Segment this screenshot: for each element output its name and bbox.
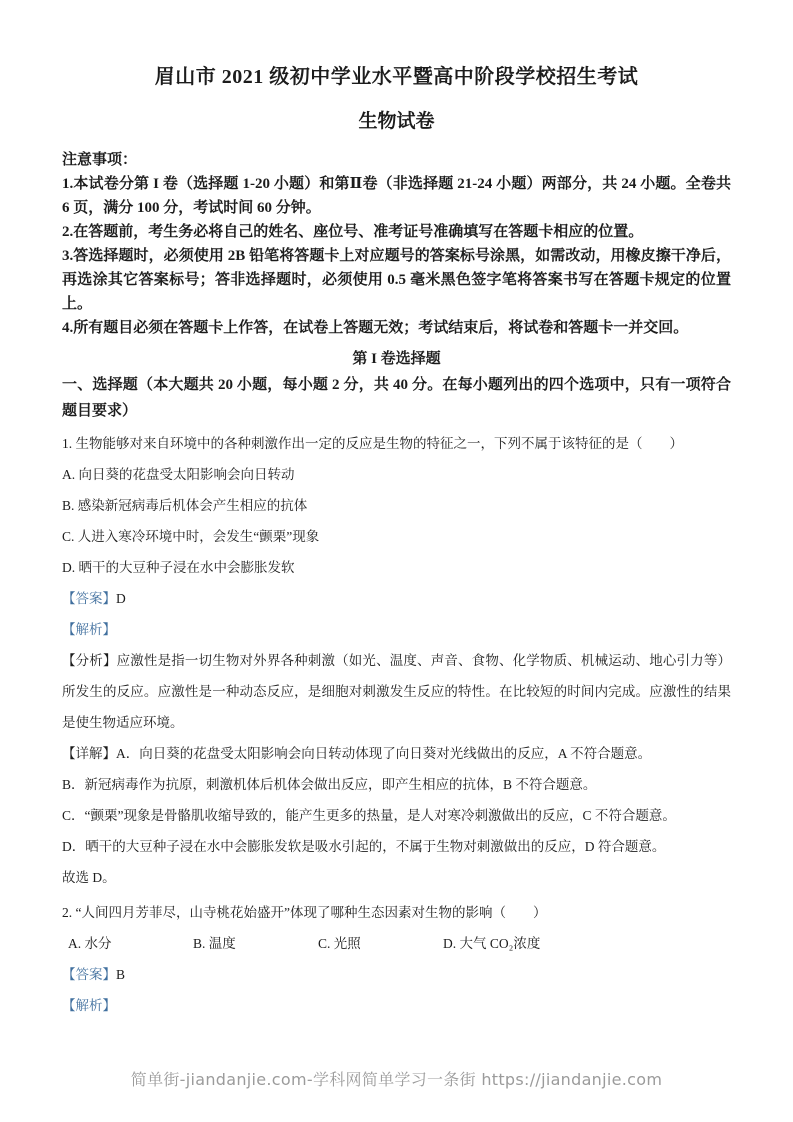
answer-label: 【答案】 <box>62 591 116 606</box>
exam-subtitle: 生物试卷 <box>62 108 731 136</box>
question-2-answer-value: B <box>116 967 125 982</box>
question-1-conclusion: 故选 D。 <box>62 862 731 893</box>
question-1-detail-c: C．“颤栗”现象是骨骼肌收缩导致的，能产生更多的热量，是人对寒冷刺激做出的反应，… <box>62 800 731 831</box>
question-1-detail-d: D．晒干的大豆种子浸在水中会膨胀发软是吸水引起的，不属于生物对刺激做出的反应，D… <box>62 831 731 862</box>
question-1-option-b: B. 感染新冠病毒后机体会产生相应的抗体 <box>62 490 731 521</box>
notice-heading: 注意事项： <box>62 148 731 172</box>
question-1-detail-a: 【详解】A．向日葵的花盘受太阳影响会向日转动体现了向日葵对光线做出的反应，A 不… <box>62 738 731 769</box>
question-2-stem: 2. “人间四月芳菲尽，山寺桃花始盛开”体现了哪种生态因素对生物的影响（ ） <box>62 897 731 928</box>
question-1-option-a: A. 向日葵的花盘受太阳影响会向日转动 <box>62 459 731 490</box>
question-2-answer-line: 【答案】B <box>62 959 731 990</box>
question-2-option-c: C. 光照 <box>318 928 443 959</box>
answer-label: 【答案】 <box>62 967 116 982</box>
notice-item-2: 2.在答题前，考生务必将自己的姓名、座位号、准考证号准确填写在答题卡相应的位置。 <box>62 220 731 244</box>
question-1-answer-line: 【答案】D <box>62 583 731 614</box>
question-2-options-row: A. 水分 B. 温度 C. 光照 D. 大气 CO₂浓度 <box>62 928 731 959</box>
question-2-option-b: B. 温度 <box>193 928 318 959</box>
page-content: 眉山市 2021 级初中学业水平暨高中阶段学校招生考试 生物试卷 注意事项： 1… <box>0 0 793 1021</box>
question-2-option-d: D. 大气 CO₂浓度 <box>443 928 731 959</box>
question-1: 1. 生物能够对来自环境中的各种刺激作出一定的反应是生物的特征之一，下列不属于该… <box>62 428 731 893</box>
analysis-tag-label: 【解析】 <box>62 998 116 1013</box>
question-1-answer-value: D <box>116 591 126 606</box>
question-2-option-a: A. 水分 <box>68 928 193 959</box>
question-1-option-c: C. 人进入寒冷环境中时，会发生“颤栗”现象 <box>62 521 731 552</box>
question-1-option-d: D. 晒干的大豆种子浸在水中会膨胀发软 <box>62 552 731 583</box>
question-2-analysis-tag-line: 【解析】 <box>62 990 731 1021</box>
footer-watermark-text: 简单街-jiandanjie.com-学科网简单学习一条街 https://ji… <box>131 1070 662 1089</box>
exam-title: 眉山市 2021 级初中学业水平暨高中阶段学校招生考试 <box>62 62 731 92</box>
question-2: 2. “人间四月芳菲尽，山寺桃花始盛开”体现了哪种生态因素对生物的影响（ ） A… <box>62 897 731 1021</box>
question-1-analysis: 【分析】应激性是指一切生物对外界各种刺激（如光、温度、声音、食物、化学物质、机械… <box>62 645 731 738</box>
section1-heading: 一、选择题（本大题共 20 小题，每小题 2 分，共 40 分。在每小题列出的四… <box>62 372 731 424</box>
notice-section: 注意事项： 1.本试卷分第 I 卷（选择题 1-20 小题）和第Ⅱ卷（非选择题 … <box>62 148 731 340</box>
notice-item-3: 3.答选择题时，必须使用 2B 铅笔将答题卡上对应题号的答案标号涂黑，如需改动，… <box>62 244 731 316</box>
question-1-detail-b: B．新冠病毒作为抗原，刺激机体后机体会做出反应，即产生相应的抗体，B 不符合题意… <box>62 769 731 800</box>
notice-item-1: 1.本试卷分第 I 卷（选择题 1-20 小题）和第Ⅱ卷（非选择题 21-24 … <box>62 172 731 220</box>
question-1-analysis-tag-line: 【解析】 <box>62 614 731 645</box>
question-1-stem: 1. 生物能够对来自环境中的各种刺激作出一定的反应是生物的特征之一，下列不属于该… <box>62 428 731 459</box>
exam-paper-page: 眉山市 2021 级初中学业水平暨高中阶段学校招生考试 生物试卷 注意事项： 1… <box>0 0 793 1122</box>
part1-heading: 第 I 卷选择题 <box>62 346 731 372</box>
analysis-tag-label: 【解析】 <box>62 622 116 637</box>
notice-item-4: 4.所有题目必须在答题卡上作答，在试卷上答题无效；考试结束后，将试卷和答题卡一并… <box>62 316 731 340</box>
footer: 简单街-jiandanjie.com-学科网简单学习一条街 https://ji… <box>0 1067 793 1090</box>
